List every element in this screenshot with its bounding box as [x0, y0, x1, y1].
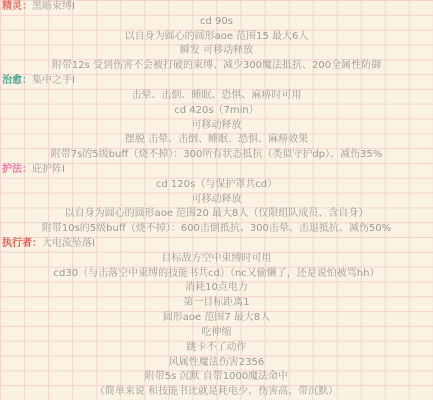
section-header-row: 执行者：大电流坠落I — [0, 237, 433, 252]
skill-detail-row: 目标敌方空中束缚时可用 — [0, 252, 433, 267]
skill-detail-row: 跳卡不了动作 — [0, 341, 433, 356]
skill-detail-row: cd30（与击落空中束缚的技能书共cd）（nc又偷懒了，还是说怕被骂hh） — [0, 267, 433, 282]
skill-detail-row: 摆脱 击晕、击倒、睡眠、恐惧、麻痹效果 — [0, 133, 433, 148]
section-header-row: 精灵：黑暗束缚I — [0, 0, 433, 15]
skill-detail-row: 圆形aoe 范围7 最大8人 — [0, 311, 433, 326]
section-header-row: 治愈：集中之手I — [0, 74, 433, 89]
skill-detail-row: 附带5s 沉默 自带1000魔法命中 — [0, 370, 433, 385]
skill-detail-row: 瞬发 可移动释放 — [0, 44, 433, 59]
skill-detail-row: 击晕、击倒、睡眠、恐惧、麻痹时可用 — [0, 89, 433, 104]
skill-detail-row: 附带12s 受到伤害不会被打破的束缚、减少300魔法抵抗、200全属性防御 — [0, 59, 433, 74]
skill-detail-row: 风属性魔法伤害2356 — [0, 356, 433, 371]
section-label: 治愈： — [2, 75, 32, 86]
skill-detail-row: （简单来说 和技能书比就是耗电少、伤害高、带沉默） — [0, 385, 433, 400]
skill-detail-row: cd 420s（7min） — [0, 104, 433, 119]
section-label: 精灵： — [2, 1, 32, 12]
skill-name: 集中之手I — [32, 75, 75, 86]
skill-detail-row: 以自身为圆心的圆形aoe 范围15 最大6人 — [0, 30, 433, 45]
skill-detail-row: 附带10s的5级buff（烧不掉）：600击倒抵抗、300击晕、击退抵抗、减伤5… — [0, 222, 433, 237]
skill-notes-sheet: 精灵：黑暗束缚Icd 90s以自身为圆心的圆形aoe 范围15 最大6人瞬发 可… — [0, 0, 433, 400]
skill-detail-row: 消耗10点电力 — [0, 281, 433, 296]
skill-detail-row: 附带7s的5级buff（烧不掉）：300所有状态抵抗（类似守护dp）、减伤35% — [0, 148, 433, 163]
skill-name: 庇护阵I — [32, 164, 65, 175]
section-label: 执行者： — [2, 238, 42, 249]
section-label: 护法： — [2, 164, 32, 175]
skill-detail-row: cd 120s（与保护罩共cd） — [0, 178, 433, 193]
skill-detail-row: cd 90s — [0, 15, 433, 30]
skill-name: 黑暗束缚I — [32, 1, 75, 12]
skill-detail-row: 可移动释放 — [0, 193, 433, 208]
skill-detail-row: 可移动释放 — [0, 119, 433, 134]
skill-detail-row: 吃伸缩 — [0, 326, 433, 341]
section-header-row: 护法：庇护阵I — [0, 163, 433, 178]
skill-detail-row: 以自身为圆心的圆形aoe 范围20 最大8人（仅限组队成员、含自身） — [0, 207, 433, 222]
skill-name: 大电流坠落I — [42, 238, 95, 249]
skill-detail-row: 第一目标距离1 — [0, 296, 433, 311]
